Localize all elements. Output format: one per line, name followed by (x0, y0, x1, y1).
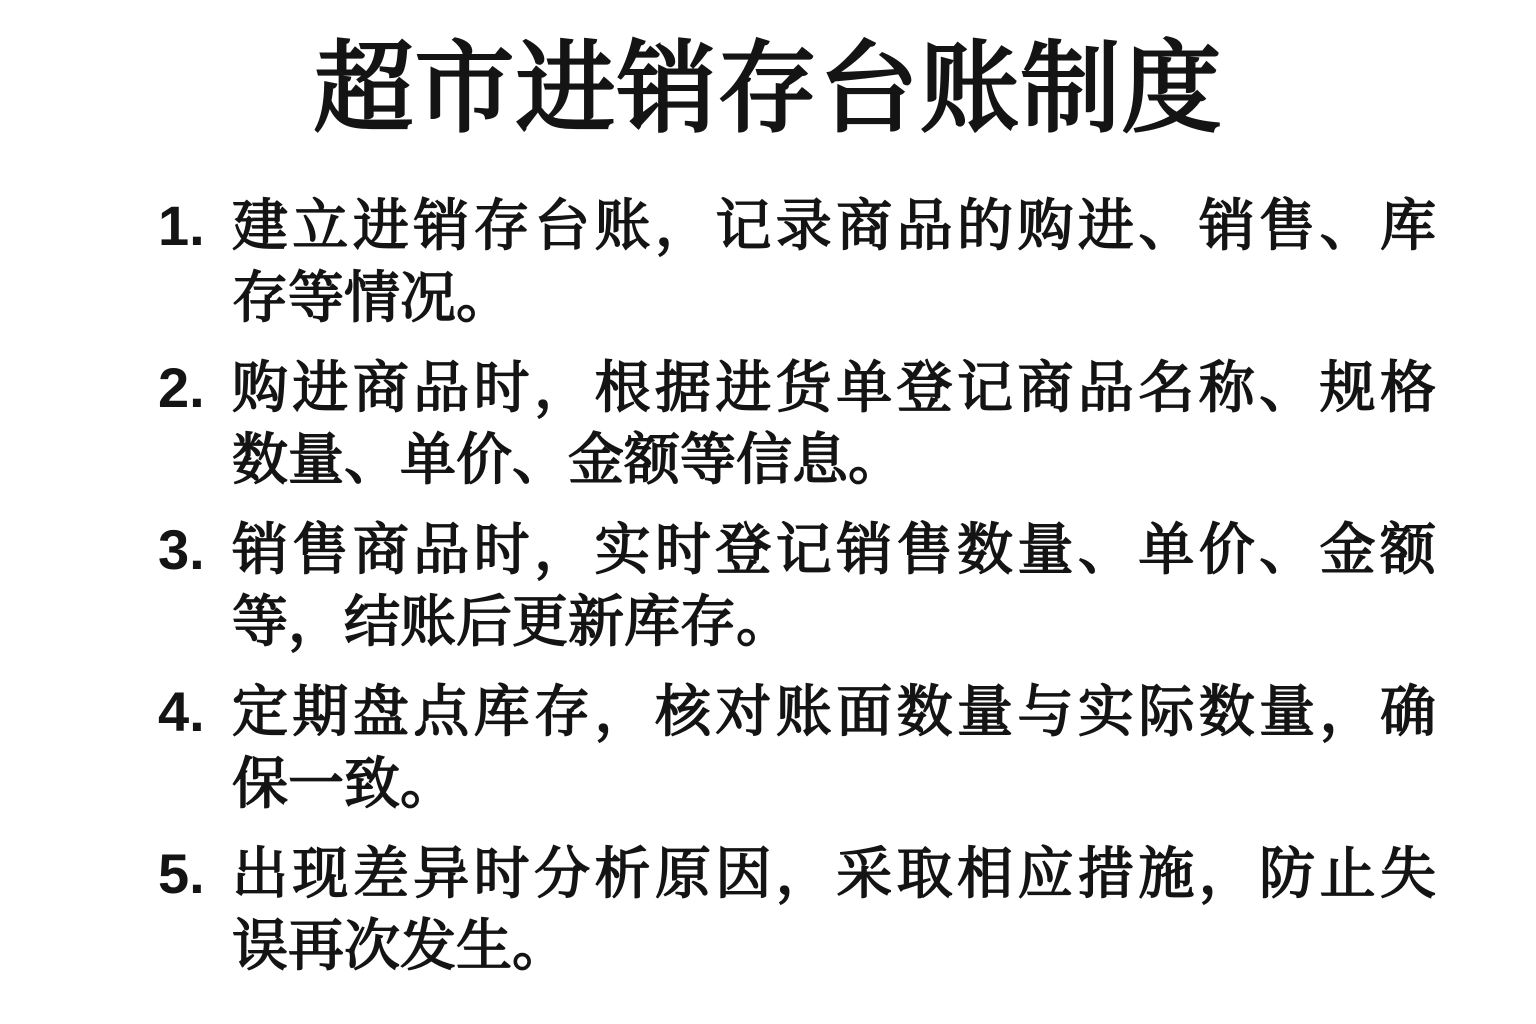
item-line: 建立进销存台账，记录商品的购进、销售、库 (232, 190, 1436, 262)
item-text: 出现差异时分析原因，采取相应措施，防止失 误再次发生。 (232, 838, 1436, 982)
list-item: 1. 建立进销存台账，记录商品的购进、销售、库 存等情况。 (158, 190, 1436, 334)
page-title: 超市进销存台账制度 (0, 0, 1536, 148)
item-line: 误再次发生。 (232, 910, 1436, 982)
item-number: 1. (158, 190, 232, 262)
document-page: 超市进销存台账制度 1. 建立进销存台账，记录商品的购进、销售、库 存等情况。 … (0, 0, 1536, 1024)
item-number: 3. (158, 514, 232, 586)
item-line: 定期盘点库存，核对账面数量与实际数量，确 (232, 676, 1436, 748)
list-item: 3. 销售商品时，实时登记销售数量、单价、金额 等，结账后更新库存。 (158, 514, 1436, 658)
list-item: 5. 出现差异时分析原因，采取相应措施，防止失 误再次发生。 (158, 838, 1436, 982)
item-line: 等，结账后更新库存。 (232, 586, 1436, 658)
item-text: 定期盘点库存，核对账面数量与实际数量，确 保一致。 (232, 676, 1436, 820)
list-item: 2. 购进商品时，根据进货单登记商品名称、规格 数量、单价、金额等信息。 (158, 352, 1436, 496)
list-item: 4. 定期盘点库存，核对账面数量与实际数量，确 保一致。 (158, 676, 1436, 820)
item-text: 购进商品时，根据进货单登记商品名称、规格 数量、单价、金额等信息。 (232, 352, 1436, 496)
item-line: 数量、单价、金额等信息。 (232, 424, 1436, 496)
item-text: 销售商品时，实时登记销售数量、单价、金额 等，结账后更新库存。 (232, 514, 1436, 658)
item-line: 保一致。 (232, 748, 1436, 820)
item-line: 购进商品时，根据进货单登记商品名称、规格 (232, 352, 1436, 424)
item-line: 销售商品时，实时登记销售数量、单价、金额 (232, 514, 1436, 586)
item-line: 存等情况。 (232, 262, 1436, 334)
item-line: 出现差异时分析原因，采取相应措施，防止失 (232, 838, 1436, 910)
rule-list: 1. 建立进销存台账，记录商品的购进、销售、库 存等情况。 2. 购进商品时，根… (0, 190, 1536, 982)
item-number: 2. (158, 352, 232, 424)
item-number: 5. (158, 838, 232, 910)
item-number: 4. (158, 676, 232, 748)
item-text: 建立进销存台账，记录商品的购进、销售、库 存等情况。 (232, 190, 1436, 334)
